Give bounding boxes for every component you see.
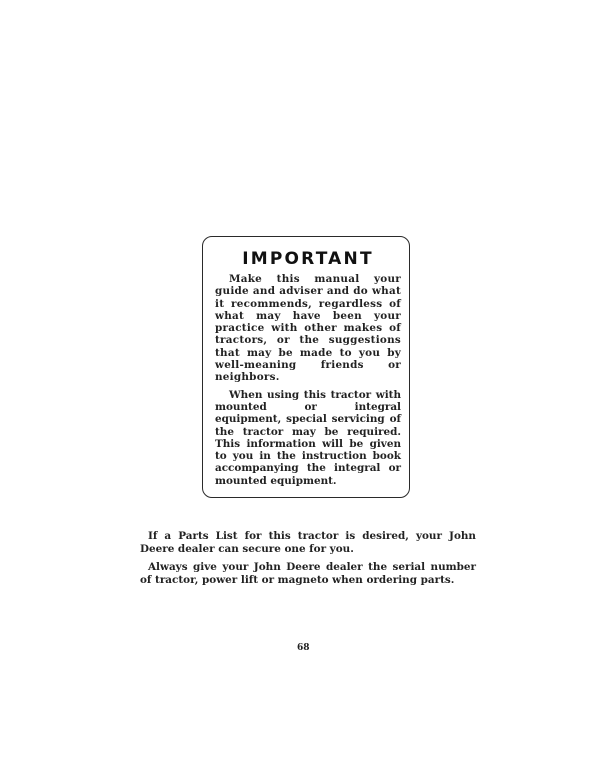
important-paragraph-1: Make this manual your guide and adviser … [215, 273, 401, 384]
important-paragraph-2: When using this tractor with mounted or … [215, 389, 401, 487]
important-notice-box: IMPORTANT Make this manual your guide an… [202, 236, 410, 498]
parts-list-note: If a Parts List for this tractor is desi… [140, 530, 476, 556]
important-heading: IMPORTANT [215, 249, 401, 269]
serial-number-note: Always give your John Deere dealer the s… [140, 561, 476, 587]
parts-notes: If a Parts List for this tractor is desi… [140, 530, 476, 592]
page-number: 68 [297, 643, 310, 653]
